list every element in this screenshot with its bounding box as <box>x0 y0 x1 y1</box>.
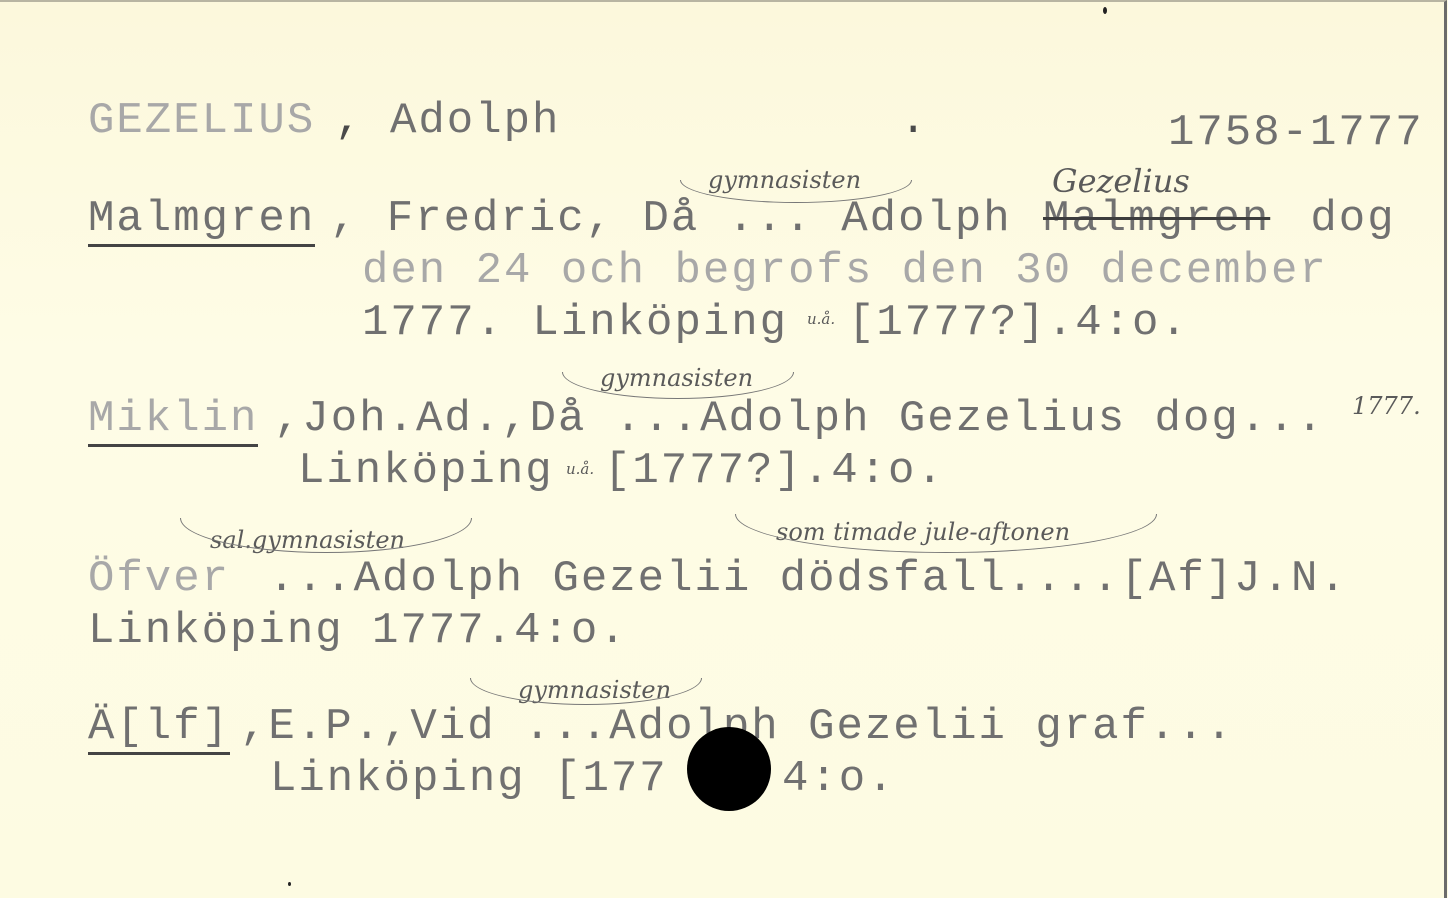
entry-text: Linköping [177 <box>270 754 668 804</box>
heading-period: . <box>900 96 928 146</box>
insert-arc <box>735 514 1157 553</box>
entry-text: 4:o. <box>782 754 896 804</box>
handwritten-place-note: u.å. <box>807 310 835 328</box>
entry-text: , Fredric, Då ... Adolph <box>330 194 1040 244</box>
entry-text: ,Joh.Ad.,Då ...Adolph Gezelius dog... <box>274 394 1325 444</box>
heading-dates: 1758-1777 <box>1168 108 1424 158</box>
entry-text: [1777?].4:o. <box>848 298 1189 348</box>
entry-text: Linköping <box>298 446 554 496</box>
heading-surname: GEZELIUS <box>88 96 315 146</box>
catalog-card: GEZELIUS , Adolph . 1758-1777 Malmgren ,… <box>0 0 1447 898</box>
entry-author: Miklin <box>88 394 258 447</box>
entry-text: 1777. Linköping <box>362 298 788 348</box>
entry-text: ...Adolph Gezelii dödsfall....[Af]J.N. <box>240 554 1348 604</box>
heading-comma: , <box>335 96 363 146</box>
struck-word: Malmgren <box>1043 194 1270 244</box>
entry-author: Ä[lf] <box>88 702 230 755</box>
ink-speck <box>1103 7 1107 14</box>
entry-author: Öfver <box>88 554 230 604</box>
handwritten-correction: Gezelius <box>1052 162 1190 200</box>
punch-hole <box>687 727 771 811</box>
handwritten-place-note: u.å. <box>566 460 594 478</box>
entry-text: dog <box>1282 194 1396 244</box>
entry-text: [1777?].4:o. <box>604 446 945 496</box>
entry-author: Malmgren <box>88 194 315 247</box>
entry-text: Linköping 1777.4:o. <box>88 606 628 656</box>
handwritten-year: 1777. <box>1352 392 1421 420</box>
heading-given-name: Adolph <box>390 96 560 146</box>
ink-speck <box>288 882 291 886</box>
entry-text: den 24 och begrofs den 30 december <box>362 246 1328 296</box>
